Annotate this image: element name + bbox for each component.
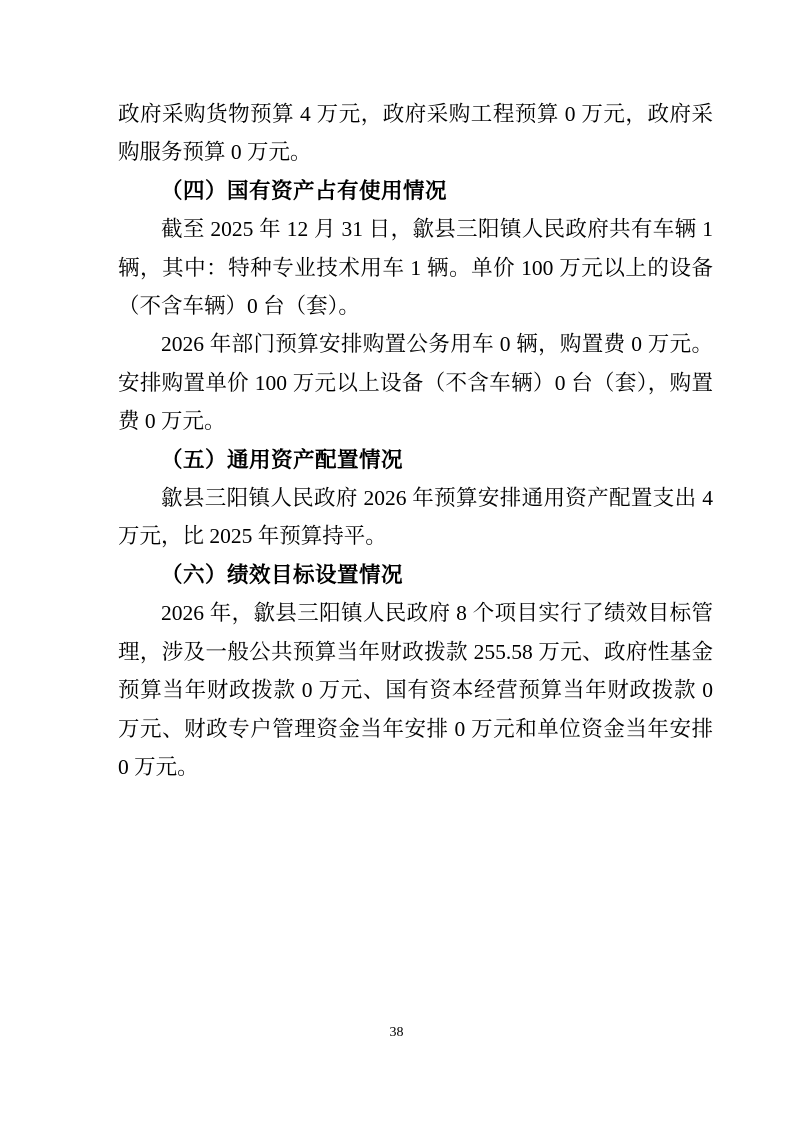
section-heading-performance-targets: （六）绩效目标设置情况: [118, 556, 713, 594]
paragraph-performance-target-details: 2026 年，歙县三阳镇人民政府 8 个项目实行了绩效目标管理，涉及一般公共预算…: [118, 594, 713, 786]
section-heading-state-assets: （四）国有资产占有使用情况: [118, 172, 713, 210]
page-number: 38: [0, 1024, 793, 1042]
document-page: 政府采购货物预算 4 万元，政府采购工程预算 0 万元，政府采购服务预算 0 万…: [0, 0, 793, 1122]
paragraph-vehicles-equipment: 截至 2025 年 12 月 31 日，歙县三阳镇人民政府共有车辆 1 辆，其中…: [118, 210, 713, 325]
paragraph-2026-purchases: 2026 年部门预算安排购置公务用车 0 辆，购置费 0 万元。安排购置单价 1…: [118, 325, 713, 440]
section-heading-general-asset-allocation: （五）通用资产配置情况: [118, 441, 713, 479]
page-content: 政府采购货物预算 4 万元，政府采购工程预算 0 万元，政府采购服务预算 0 万…: [118, 0, 713, 786]
paragraph-procurement-continued: 政府采购货物预算 4 万元，政府采购工程预算 0 万元，政府采购服务预算 0 万…: [118, 95, 713, 172]
paragraph-asset-allocation-budget: 歙县三阳镇人民政府 2026 年预算安排通用资产配置支出 4 万元，比 2025…: [118, 479, 713, 556]
